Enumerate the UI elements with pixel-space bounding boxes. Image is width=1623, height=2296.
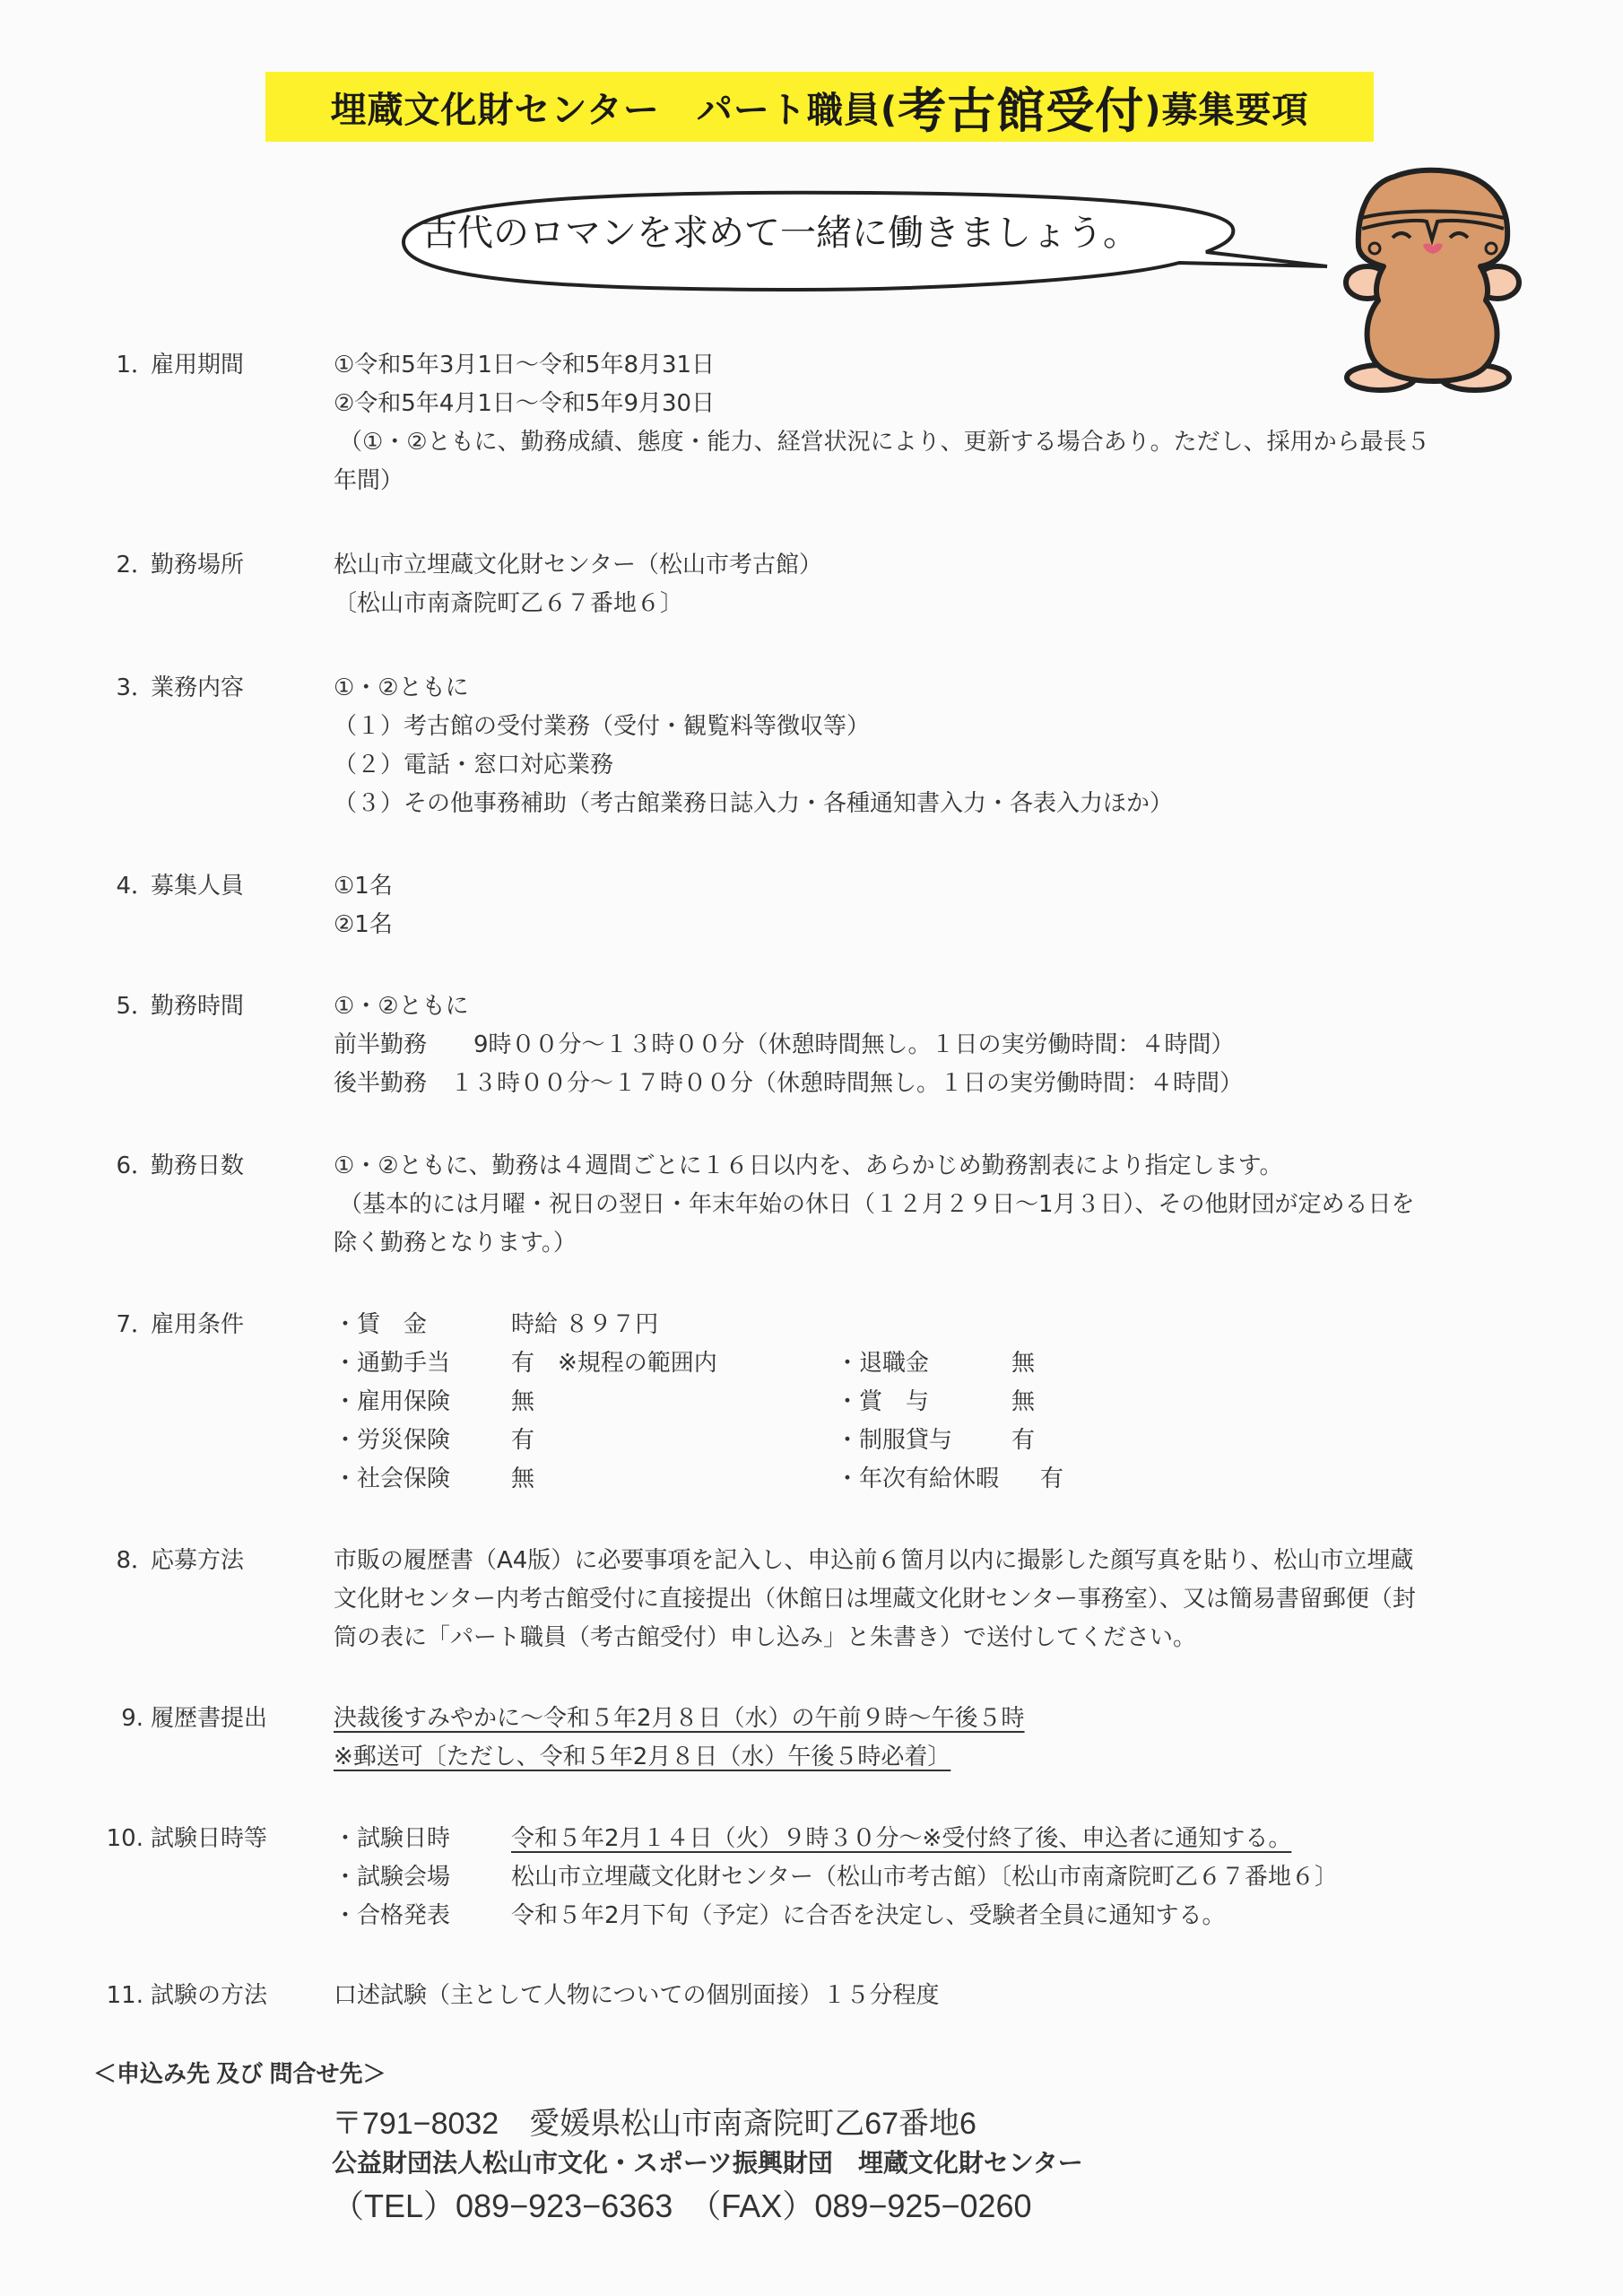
exam-item-value: 松山市立埋蔵文化財センター（松山市考古館）〔松山市南斎院町乙６７番地６〕: [511, 1857, 1338, 1897]
document-title: 埋蔵文化財センター パート職員( 考古館受付 )募集要項: [265, 72, 1374, 142]
condition-label: ・制服貸与: [836, 1421, 952, 1460]
condition-value: 有: [1011, 1421, 1035, 1460]
exam-item-value: 令和５年2月１４日（火）９時３０分～※受付終了後、申込者に通知する。: [511, 1819, 1291, 1858]
section-line: （３）その他事務補助（考古館業務日誌入力・各種通知書入力・各表入力ほか）: [334, 784, 1173, 823]
condition-label: ・労災保険: [334, 1421, 450, 1460]
section-number: 3．: [100, 668, 154, 708]
section-label: 勤務時間: [151, 987, 244, 1026]
section-line: （２）電話・窓口対応業務: [334, 745, 613, 785]
section-label: 勤務場所: [151, 545, 244, 585]
title-part2: )募集要項: [1144, 82, 1308, 133]
condition-label: ・年次有給休暇: [836, 1459, 999, 1499]
contact-address: 〒791−8032 愛媛県松山市南斎院町乙67番地6: [332, 2099, 976, 2143]
section-line: （基本的には月曜・祝日の翌日・年末年始の休日（１２月２９日～1月３日）、その他財…: [339, 1185, 1415, 1224]
section-label: 試験日時等: [151, 1819, 267, 1858]
condition-value: 無: [511, 1382, 534, 1422]
section-line: ①・②ともに: [334, 987, 469, 1026]
section-line: 決裁後すみやかに～令和５年2月８日（水）の午前９時～午後５時: [334, 1699, 1025, 1738]
condition-value: 有 ※規程の範囲内: [511, 1344, 717, 1383]
section-label: 勤務日数: [151, 1146, 244, 1186]
condition-label: ・賞 与: [836, 1382, 929, 1422]
section-line: ①令和5年3月1日～令和5年8月31日: [334, 345, 715, 385]
exam-item-label: ・試験日時: [334, 1819, 450, 1858]
contact-organization: 公益財団法人松山市文化・スポーツ振興財団 埋蔵文化財センター: [332, 2144, 1083, 2179]
section-number: 1．: [100, 345, 154, 385]
section-line: 〔松山市南斎院町乙６７番地６〕: [334, 584, 683, 623]
exam-item-label: ・合格発表: [334, 1896, 450, 1935]
section-number: 7．: [100, 1305, 154, 1344]
condition-value: 無: [1011, 1344, 1035, 1383]
section-line: 後半勤務 １３時００分～１７時００分（休憩時間無し。１日の実労働時間：４時間）: [334, 1064, 1243, 1103]
section-number: 6．: [100, 1146, 154, 1186]
section-number: 5．: [100, 987, 154, 1026]
section-line: 前半勤務 9時００分～１３時００分（休憩時間無し。１日の実労働時間：４時間）: [334, 1025, 1235, 1065]
section-line: 文化財センター内考古館受付に直接提出（休館日は埋蔵文化財センター事務室）、又は簡…: [334, 1579, 1416, 1619]
condition-value: 有: [1040, 1459, 1063, 1499]
section-label: 雇用条件: [151, 1305, 244, 1344]
section-number: 4．: [100, 866, 154, 906]
section-line: ①・②ともに: [334, 668, 469, 708]
contact-heading: ＜申込み先 及び 問合せ先＞: [93, 2056, 386, 2089]
condition-label: ・賃 金: [334, 1305, 427, 1344]
condition-value: 有: [511, 1421, 534, 1460]
section-line: ①・②ともに、勤務は４週間ごとに１６日以内を、あらかじめ勤務割表により指定します…: [334, 1146, 1283, 1186]
section-number: 8．: [100, 1541, 154, 1580]
section-line: ※郵送可〔ただし、令和５年2月８日（水）午後５時必着〕: [334, 1737, 950, 1777]
section-line: 松山市立埋蔵文化財センター（松山市考古館）: [334, 545, 822, 585]
haniwa-mascot-icon: [1341, 166, 1529, 395]
section-line: 除く勤務となります。）: [334, 1223, 577, 1263]
exam-item-value: 令和５年2月下旬（予定）に合否を決定し、受験者全員に通知する。: [511, 1896, 1226, 1935]
section-label: 業務内容: [151, 668, 244, 708]
condition-label: ・社会保険: [334, 1459, 450, 1499]
section-line: ②1名: [334, 905, 393, 944]
condition-label: ・雇用保険: [334, 1382, 450, 1422]
condition-label: ・通勤手当: [334, 1344, 450, 1383]
section-line: （１）考古館の受付業務（受付・観覧料等徴収等）: [334, 707, 870, 746]
title-part1: 埋蔵文化財センター パート職員(: [331, 82, 898, 133]
section-number: 2．: [100, 545, 154, 585]
condition-value: 無: [511, 1459, 534, 1499]
contact-phones: （TEL）089−923−6363 （FAX）089−925−0260: [332, 2181, 1032, 2227]
section-line: 口述試験（主として人物についての個別面接）１５分程度: [334, 1976, 939, 2015]
section-line: （①・②ともに、勤務成績、態度・能力、経営状況により、更新する場合あり。ただし、…: [339, 422, 1430, 462]
section-line: ①1名: [334, 866, 393, 906]
section-number: 10.: [90, 1819, 143, 1858]
section-line: 筒の表に「パート職員（考古館受付）申し込み」と朱書き）で送付してください。: [334, 1618, 1196, 1657]
section-label: 履歴書提出: [151, 1699, 267, 1738]
title-highlight: 考古館受付: [898, 73, 1144, 142]
section-number: 9.: [90, 1699, 143, 1738]
section-line: 市販の履歴書（A4版）に必要事項を記入し、申込前６箇月以内に撮影した顔写真を貼り…: [334, 1541, 1413, 1580]
condition-label: ・退職金: [836, 1344, 929, 1383]
section-number: 11.: [90, 1976, 143, 2015]
section-label: 試験の方法: [151, 1976, 267, 2015]
speech-bubble-text: 古代のロマンを求めて一緒に働きましょう。: [421, 204, 1211, 256]
condition-value: 無: [1011, 1382, 1035, 1422]
section-line: ②令和5年4月1日～令和5年9月30日: [334, 384, 715, 423]
section-label: 応募方法: [151, 1541, 244, 1580]
section-label: 雇用期間: [151, 345, 244, 385]
exam-item-label: ・試験会場: [334, 1857, 450, 1897]
section-line: 年間）: [334, 461, 404, 500]
condition-value: 時給 ８９７円: [511, 1305, 658, 1344]
section-label: 募集人員: [151, 866, 244, 906]
